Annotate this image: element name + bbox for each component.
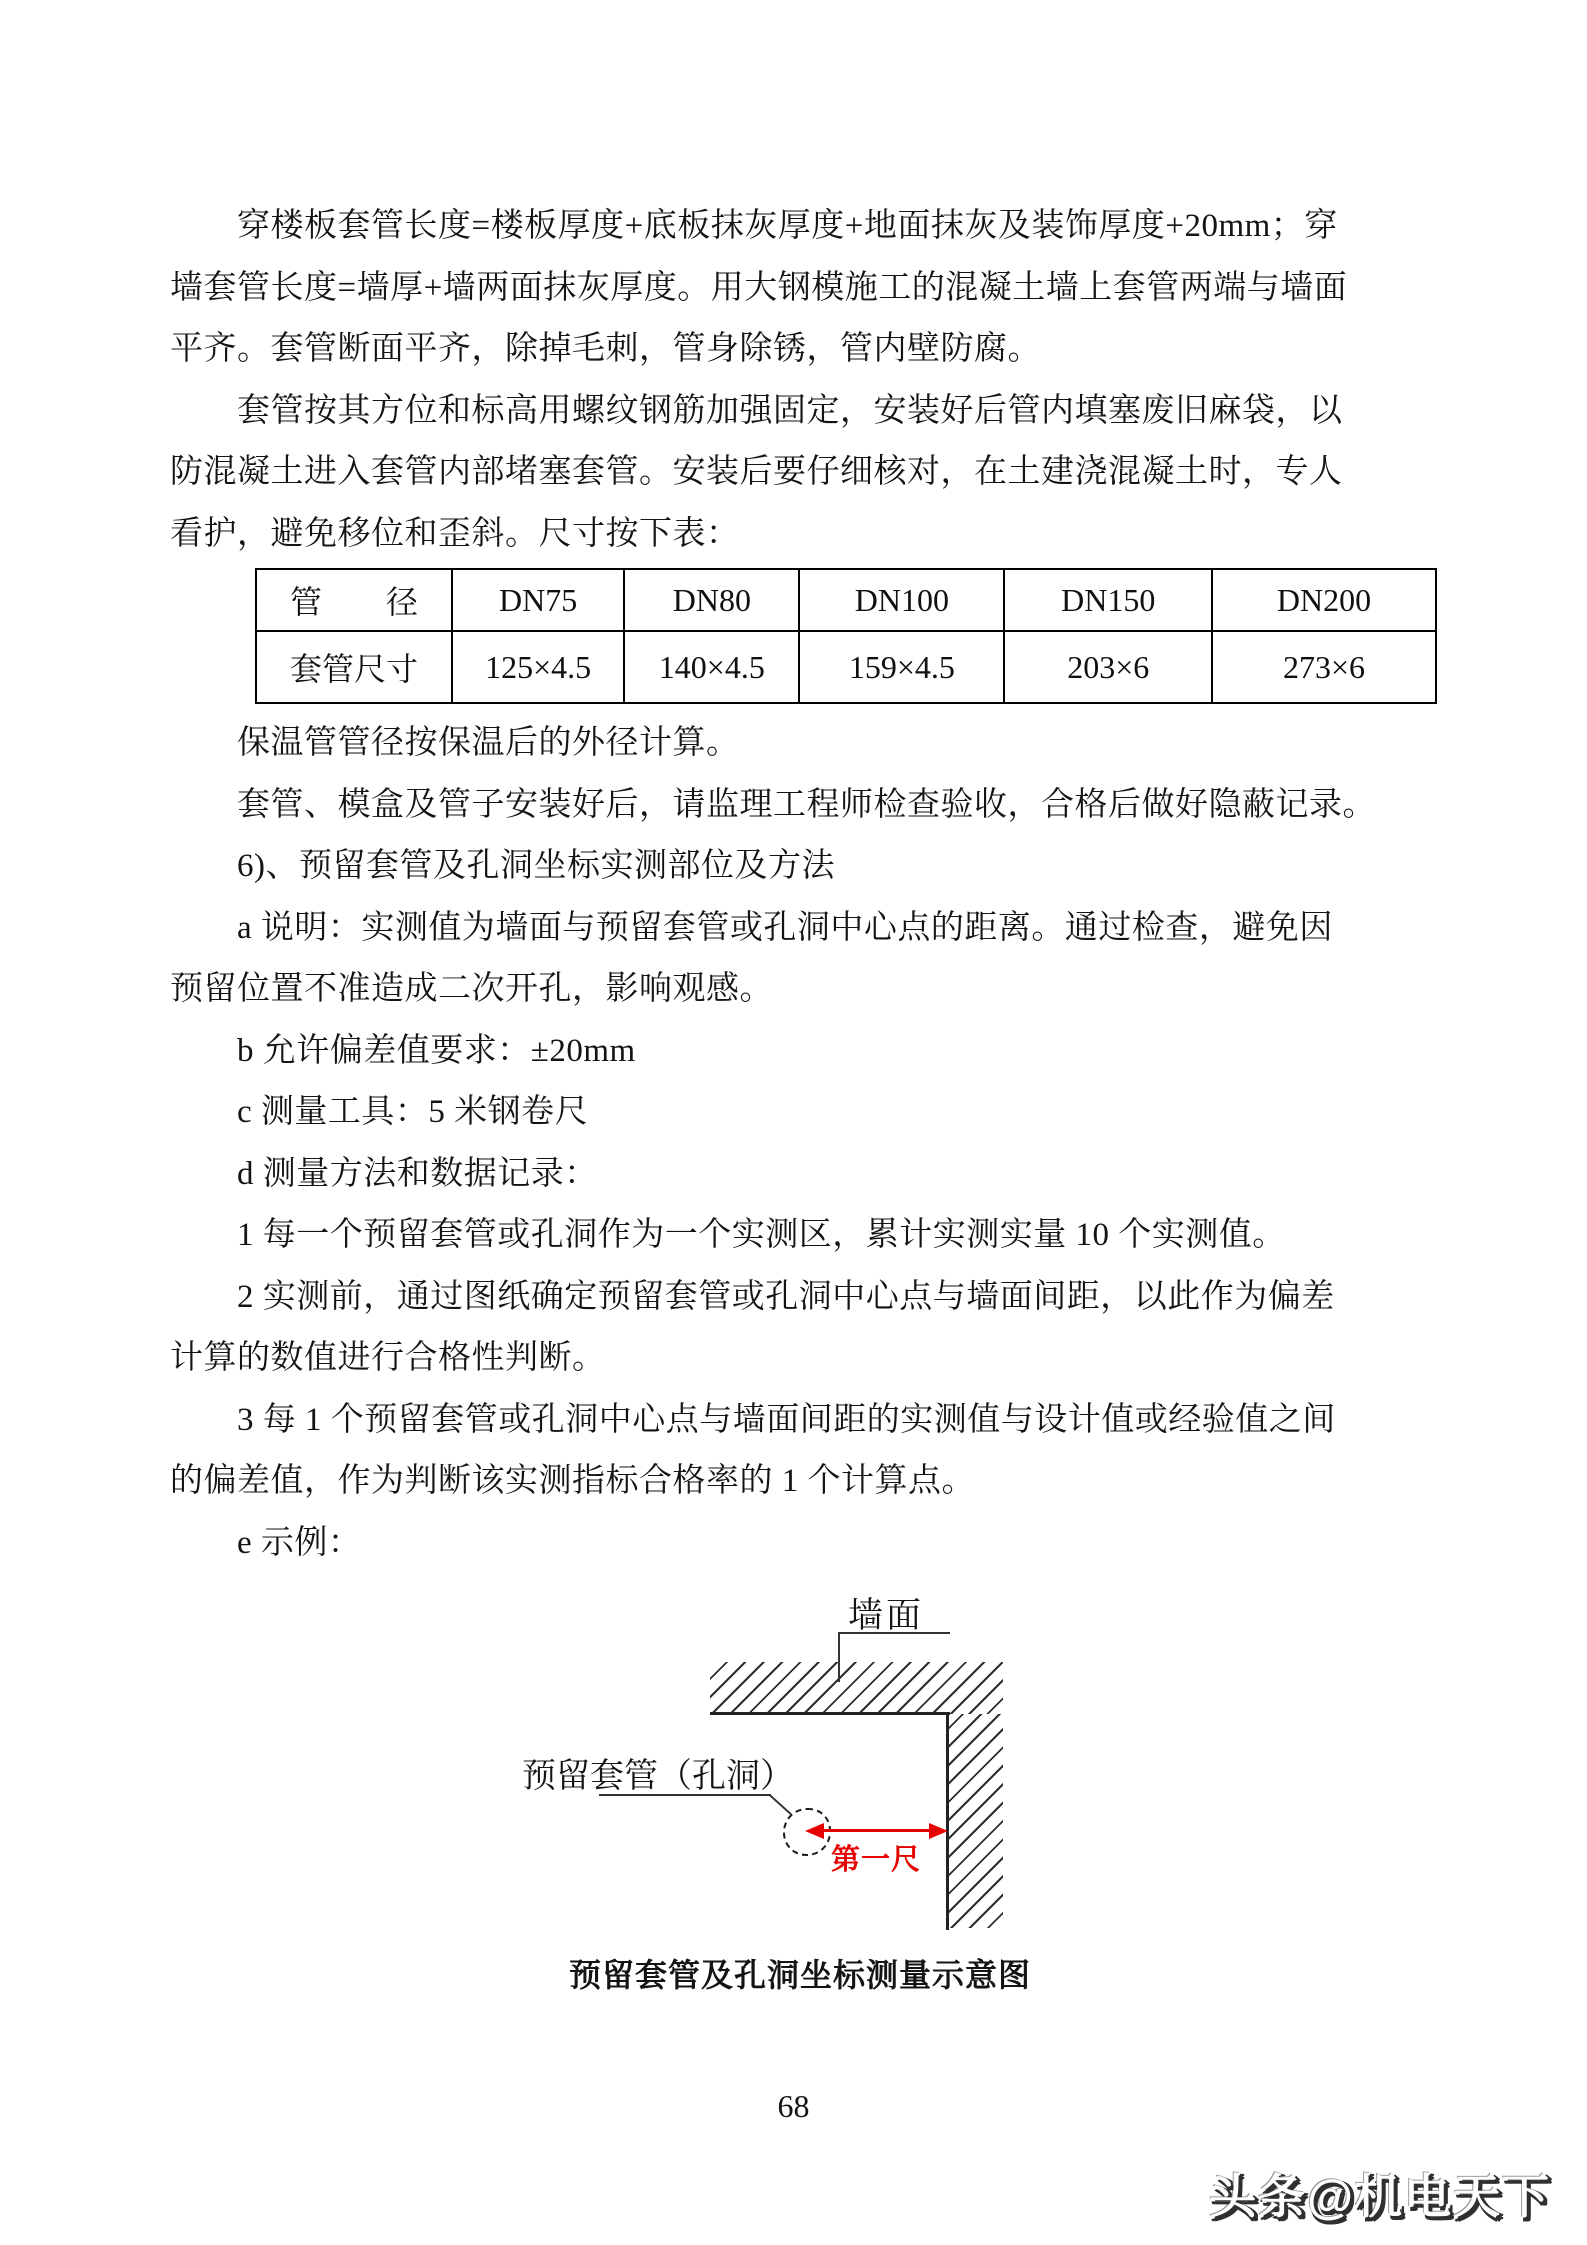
- wall-hatch-side: [946, 1714, 1003, 1928]
- measure-arrow-head-left: [805, 1823, 824, 1839]
- page-number: 68: [0, 2088, 1587, 2125]
- measure-arrow-head-right: [929, 1823, 948, 1839]
- first-measure-label: 第一尺: [831, 1837, 921, 1878]
- wall-edge-horizontal: [710, 1712, 950, 1715]
- sleeve-leader-line: [599, 1794, 771, 1796]
- wall-edge-vertical: [946, 1712, 949, 1930]
- document-page: 穿楼板套管长度=楼板厚度+底板抹灰厚度+地面抹灰及装饰厚度+20mm；穿 墙套管…: [0, 0, 1587, 2245]
- measure-arrow-shaft: [812, 1829, 942, 1832]
- measurement-diagram: 墙面 预留套管（孔洞） 第一尺: [0, 0, 1587, 2245]
- wall-leader-line: [838, 1632, 950, 1634]
- wall-hatch-top: [710, 1662, 1003, 1714]
- wall-surface-label: 墙面: [848, 1588, 924, 1638]
- figure-caption: 预留套管及孔洞坐标测量示意图: [0, 1950, 1587, 1996]
- reserved-sleeve-label: 预留套管（孔洞）: [522, 1748, 794, 1797]
- watermark: 头条@机电天下: [1209, 2160, 1551, 2227]
- sleeve-leader-line: [769, 1794, 793, 1816]
